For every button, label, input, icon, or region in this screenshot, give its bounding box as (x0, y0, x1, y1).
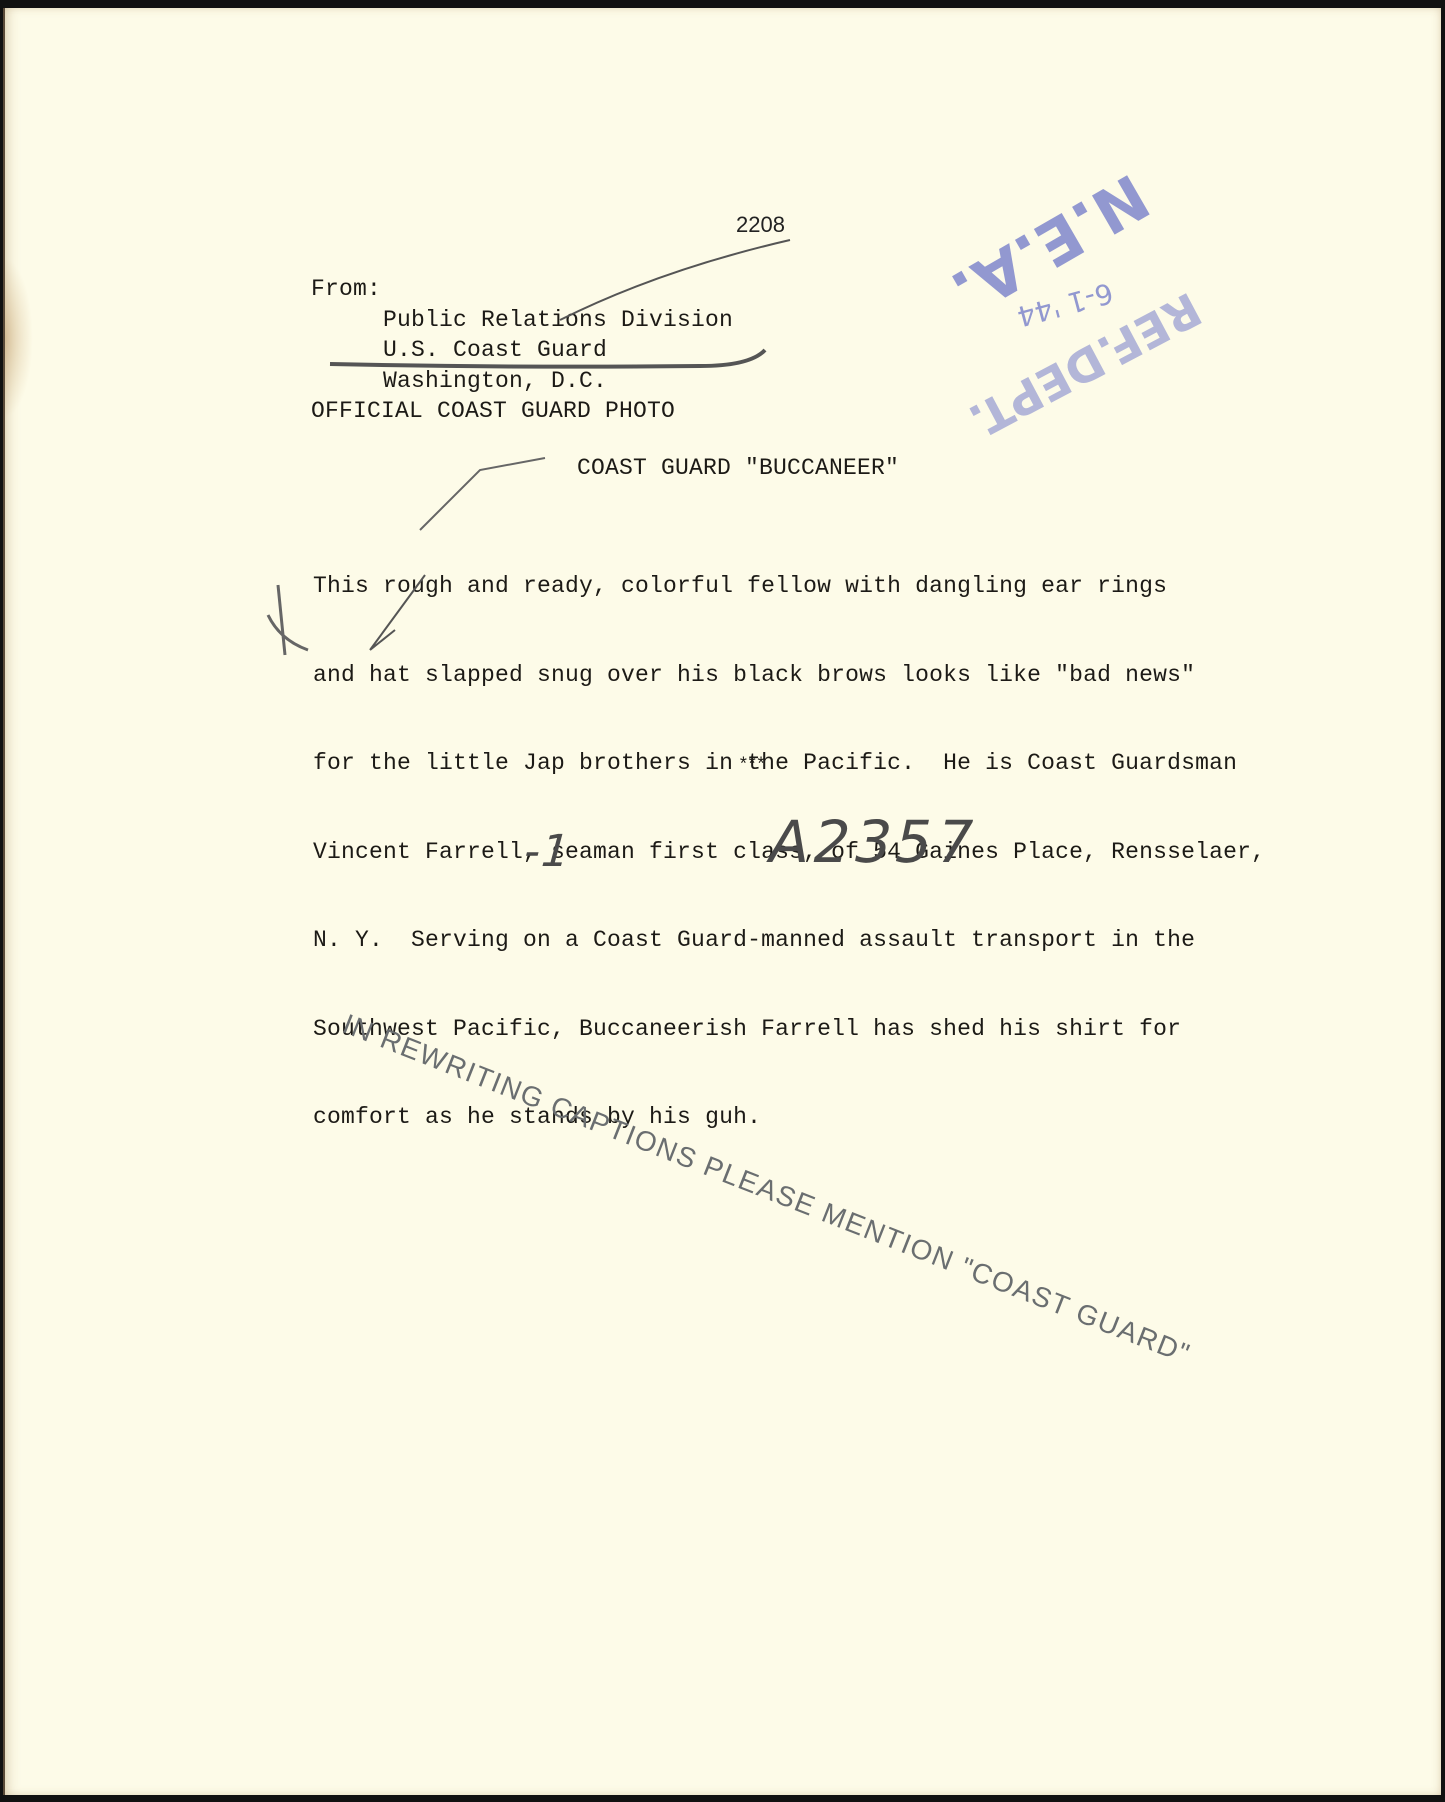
check-mark-icon (370, 575, 425, 650)
underline-mark (330, 350, 765, 367)
check-mark-icon (560, 240, 790, 320)
check-mark-icon (420, 458, 545, 530)
margin-x-mark (268, 585, 308, 655)
pencil-marks (0, 0, 1445, 1802)
